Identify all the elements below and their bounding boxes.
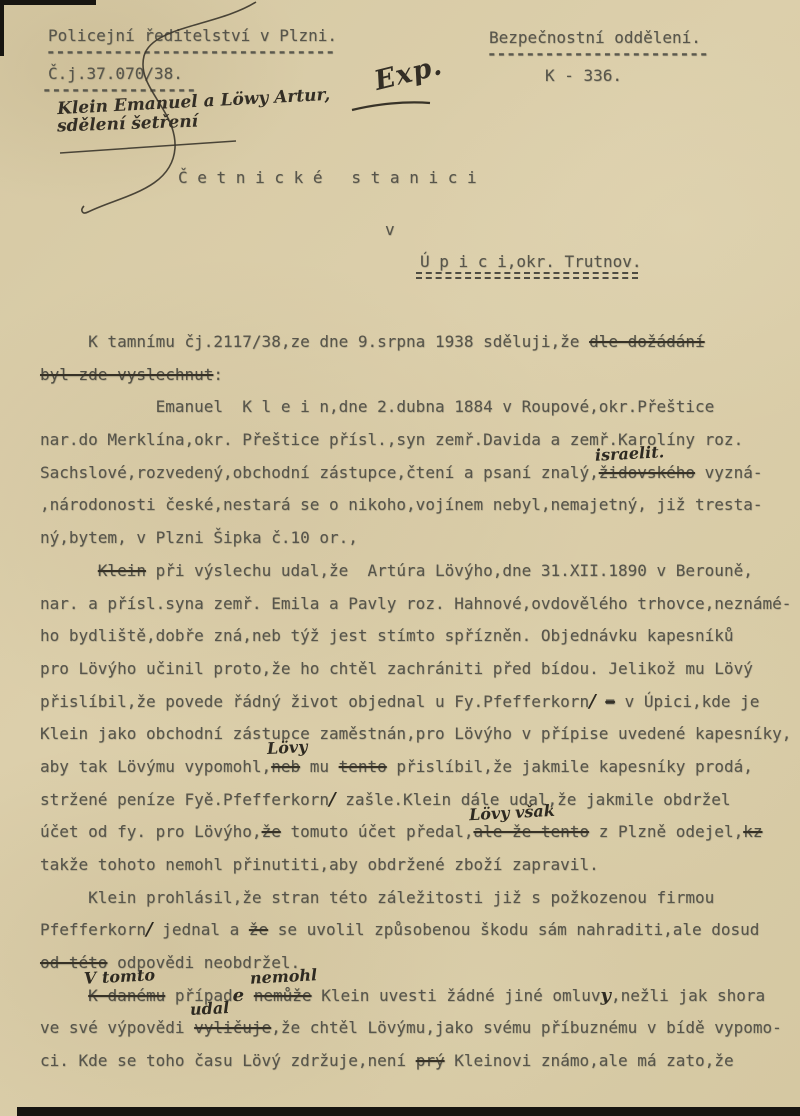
handwritten-annotation: udal: [190, 1000, 230, 1018]
struck-text: dle dožádání: [589, 332, 705, 351]
typed-text: stržené peníze Fyě.Pfefferkorn: [40, 790, 329, 809]
body-line: K danémuV tomto případe nemůženemohl Kle…: [40, 980, 800, 1013]
typed-text: ,národonosti české,nestará se o nikoho,v…: [40, 495, 762, 514]
body-line: Sachslové,rozvedený,obchodní zástupce,čt…: [40, 457, 800, 490]
typed-text: [40, 561, 98, 580]
body-line: ve své výpovědi vyličujeudal,že chtěl Lö…: [40, 1012, 800, 1045]
body-line: Klein jako obchodní zástupce zaměstnán,p…: [40, 718, 800, 751]
struck-text: ale že tentoLövy však: [473, 822, 589, 841]
typed-text: ve své výpovědi: [40, 1018, 194, 1037]
scan-edge-bottom-bar: [17, 1107, 800, 1116]
struck-text: vyličujeudal: [194, 1018, 271, 1037]
typed-text: ci. Kde se toho času Lövý zdržuje,není: [40, 1051, 416, 1070]
typed-text: Kleinovi známo,ale má zato,že: [445, 1051, 734, 1070]
typed-text: tomuto účet předal,: [281, 822, 474, 841]
addressee-underline: [416, 272, 638, 279]
body-line: ,národonosti české,nestará se o nikoho,v…: [40, 489, 800, 522]
body-line: ho bydliště,dobře zná,neb týž jest stímt…: [40, 620, 800, 653]
body-line: nar. a přísl.syna zemř. Emila a Pavly ro…: [40, 588, 800, 621]
body-line: Emanuel K l e i n,dne 2.dubna 1884 v Rou…: [40, 391, 800, 424]
struck-text: nebLövy: [271, 757, 300, 776]
handwritten-annotation: nemohl: [249, 967, 317, 986]
struck-text: K danémuV tomto: [88, 986, 165, 1005]
body-lines: K tamnímu čj.2117/38,ze dne 9.srpna 1938…: [40, 326, 800, 1078]
handwritten-annotation: Lövy však: [469, 803, 556, 823]
note-underline-stroke: [60, 141, 236, 153]
typed-text: Pfefferkorn: [40, 920, 146, 939]
body-line: nar.do Merklína,okr. Přeštice přísl.,syn…: [40, 424, 800, 457]
typed-text: při výslechu udal,že Artúra Lövýho,dne 3…: [146, 561, 753, 580]
body-line: takže tohoto nemohl přinutiti,aby obdrže…: [40, 849, 800, 882]
typed-text: takže tohoto nemohl přinutiti,aby obdrže…: [40, 855, 599, 874]
typed-text: ,nežli jak shora: [611, 986, 765, 1005]
typed-text: nar. a přísl.syna zemř. Emila a Pavly ro…: [40, 594, 791, 613]
typed-text: [596, 692, 606, 711]
typed-text: pro Lövýho učinil proto,že ho chtěl zach…: [40, 659, 753, 678]
typed-text: přislíbil,že povede řádný život objednal…: [40, 692, 589, 711]
body-line: pro Lövýho učinil proto,že ho chtěl zach…: [40, 653, 800, 686]
body-line: Klein při výslechu udal,že Artúra Lövýho…: [40, 555, 800, 588]
handwritten-correction: y: [601, 985, 611, 1006]
typed-text: [244, 986, 254, 1005]
exp-handwritten-mark: Exp.: [371, 50, 445, 97]
typed-text: ,že chtěl Lövýmu,jako svému příbuznému v…: [271, 1018, 782, 1037]
typed-text: [40, 986, 88, 1005]
typed-text: :: [213, 365, 223, 384]
handwritten-correction: /: [146, 919, 153, 940]
exp-underline-stroke: [352, 102, 430, 110]
typed-text: v Úpici,kde je: [615, 692, 760, 711]
struck-text: židovskéhoisraelit.: [599, 463, 695, 482]
body-line: ný,bytem, v Plzni Šipka č.10 or.,: [40, 522, 800, 555]
document-page: Policejní ředitelství v Plzni. ---------…: [0, 0, 800, 1116]
body-line: účet od fy. pro Lövýho,že tomuto účet př…: [40, 816, 800, 849]
struck-text: byl zde vyslechnut: [40, 365, 213, 384]
typed-text: účet od fy. pro Lövýho,: [40, 822, 262, 841]
handwritten-correction: /: [589, 691, 596, 712]
addressee-place: Ú p i c i,okr. Trutnov.: [420, 252, 642, 271]
body-line: Klein prohlásil,že stran této záležitost…: [40, 882, 800, 915]
body-line: K tamnímu čj.2117/38,ze dne 9.srpna 1938…: [40, 326, 800, 359]
handwritten-annotation: Lövy: [267, 739, 308, 757]
body-line: byl zde vyslechnut:: [40, 359, 800, 392]
addressee-title: Č e t n i c k é s t a n i c i: [178, 168, 477, 187]
struck-text: tento: [339, 757, 387, 776]
typed-text: se uvolil způsobenou škodu sám nahraditi…: [268, 920, 759, 939]
body-line: aby tak Lövýmu vypomohl,nebLövy mu tento…: [40, 751, 800, 784]
body-line: Pfefferkorn/ jednal a že se uvolil způso…: [40, 914, 800, 947]
scan-edge-left: [0, 0, 4, 56]
typed-text: jednal a: [153, 920, 249, 939]
handwritten-annotation: V tomto: [84, 967, 156, 987]
typed-text: Emanuel K l e i n,dne 2.dubna 1884 v Rou…: [40, 397, 714, 416]
struck-text: kz: [743, 822, 762, 841]
typed-text: aby tak Lövýmu vypomohl,: [40, 757, 271, 776]
typed-text: mu: [300, 757, 339, 776]
struck-text: že: [262, 822, 281, 841]
body-line: stržené peníze Fyě.Pfefferkorn/ zašle.Kl…: [40, 784, 800, 817]
struck-text: Klein: [98, 561, 146, 580]
typed-text: Klein uvesti žádné jiné omluv: [312, 986, 601, 1005]
struck-text: =: [605, 692, 615, 711]
typed-text: K tamnímu čj.2117/38,ze dne 9.srpna 1938…: [40, 332, 589, 351]
typed-text: Sachslové,rozvedený,obchodní zástupce,čt…: [40, 463, 599, 482]
typed-text: z Plzně odejel,: [589, 822, 743, 841]
body-line: přislíbil,že povede řádný život objednal…: [40, 686, 800, 719]
handwritten-subject-line2: sdělení šetření: [57, 112, 199, 137]
typed-text: Klein jako obchodní zástupce zaměstnán,p…: [40, 724, 791, 743]
scan-edge-top: [0, 0, 96, 5]
right-title-underline: -----------------------: [487, 44, 709, 63]
typed-text: ho bydliště,dobře zná,neb týž jest stímt…: [40, 626, 734, 645]
typed-text: Klein prohlásil,že stran této záležitost…: [40, 888, 714, 907]
typed-text: ný,bytem, v Plzni Šipka č.10 or.,: [40, 528, 358, 547]
reference-number: K - 336.: [545, 66, 622, 85]
left-title-underline: ------------------------------: [46, 42, 335, 61]
struck-text: že: [249, 920, 268, 939]
body-line: ci. Kde se toho času Lövý zdržuje,není p…: [40, 1045, 800, 1078]
typed-text: přislíbil,že jakmile kapesníky prodá,: [387, 757, 753, 776]
addressee-preposition: v: [385, 220, 395, 239]
struck-text: nemůženemohl: [254, 986, 312, 1005]
handwritten-annotation: israelit.: [594, 444, 664, 464]
handwritten-correction: /: [329, 789, 336, 810]
struck-text: prý: [416, 1051, 445, 1070]
handwritten-correction: e: [233, 985, 244, 1006]
typed-text: vyzná-: [695, 463, 762, 482]
